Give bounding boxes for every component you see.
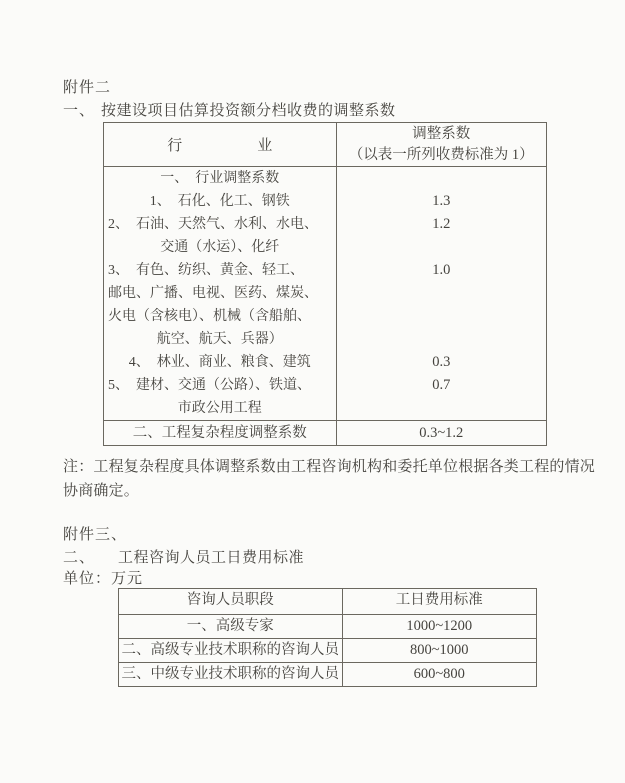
attachment3-heading-number: 二、 [63,546,95,567]
table2-row-1: 一、高级专家 1000~1200 [119,614,536,638]
coefficient-cell: 1.3 [337,190,547,213]
table2-header-row: 咨询人员职段 工日费用标准 [119,589,536,614]
table-row-section: 一、 行业调整系数 [104,167,546,190]
table1-header-coefficient-line2: （以表一所列收费标准为 1） [337,145,547,166]
unit-label: 单位：万元 [63,567,143,588]
industry-cell: 5、 建材、交通（公路）、铁道、 市政公用工程 [104,374,337,420]
industry-line: 2、 石油、天然气、水利、水电、 [104,213,336,236]
industry-line: 航空、航天、兵器） [104,328,336,351]
industry-line: 邮电、广播、电视、医药、煤炭、 [104,282,336,305]
table-row-complexity: 二、工程复杂程度调整系数 0.3~1.2 [104,420,546,445]
coefficient-value: 1.3 [337,190,547,213]
table-row-2: 2、 石油、天然气、水利、水电、 交通（水运）、化纤 1.2 [104,213,546,259]
industry-line: 5、 建材、交通（公路）、铁道、 [104,374,336,397]
document-page: 附件二 一、 按建设项目估算投资额分档收费的调整系数 行 业 调整系数 （以表一… [0,0,625,783]
table-row-4: 4、 林业、商业、粮食、建筑 0.3 [104,351,546,374]
rank-cell: 三、中级专业技术职称的咨询人员 [119,663,343,686]
note-line1: 注：工程复杂程度具体调整系数由工程咨询机构和委托单位根据各类工程的情况 [63,456,595,480]
coefficient-cell: 0.3 [337,351,547,374]
attachment3-heading: 二、 工程咨询人员工日费用标准 [63,546,304,567]
complexity-value: 0.3~1.2 [337,421,547,445]
industry-line: 一、 行业调整系数 [104,167,336,190]
coefficient-value: 0.3 [337,351,547,374]
industry-cell: 一、 行业调整系数 [104,167,337,190]
industry-cell: 1、 石化、化工、钢铁 [104,190,337,213]
fee-cell: 1000~1200 [343,615,537,638]
table-row-5: 5、 建材、交通（公路）、铁道、 市政公用工程 0.7 [104,374,546,420]
table1-header-row: 行 业 调整系数 （以表一所列收费标准为 1） [104,123,546,167]
industry-line: 火电（含核电）、机械（含船舶、 [104,305,336,328]
industry-cell: 3、 有色、纺织、黄金、轻工、 邮电、广播、电视、医药、煤炭、 火电（含核电）、… [104,259,337,351]
industry-cell: 2、 石油、天然气、水利、水电、 交通（水运）、化纤 [104,213,337,259]
coefficient-cell [337,167,547,190]
table-row-1: 1、 石化、化工、钢铁 1.3 [104,190,546,213]
table2-header-fee: 工日费用标准 [343,589,537,614]
attachment2-heading-text: 按建设项目估算投资额分档收费的调整系数 [101,99,396,120]
industry-line: 交通（水运）、化纤 [104,236,336,259]
fee-cell: 800~1000 [343,639,537,662]
complexity-label: 二、工程复杂程度调整系数 [104,421,337,445]
note-line2: 协商确定。 [63,480,595,504]
coefficient-value: 1.2 [337,213,547,236]
attachment2-heading: 一、 按建设项目估算投资额分档收费的调整系数 [63,99,396,120]
coefficient-cell: 1.0 [337,259,547,351]
industry-line: 4、 林业、商业、粮食、建筑 [104,351,336,374]
table-row-3: 3、 有色、纺织、黄金、轻工、 邮电、广播、电视、医药、煤炭、 火电（含核电）、… [104,259,546,351]
table1-header-industry: 行 业 [104,123,337,166]
coefficient-value: 1.0 [337,259,547,282]
table1-header-coefficient: 调整系数 （以表一所列收费标准为 1） [337,123,547,166]
industry-line: 1、 石化、化工、钢铁 [104,190,336,213]
attachment2-label: 附件二 [63,76,111,97]
coefficient-cell: 0.7 [337,374,547,420]
table2-row-2: 二、高级专业技术职称的咨询人员 800~1000 [119,638,536,662]
daily-fee-table: 咨询人员职段 工日费用标准 一、高级专家 1000~1200 二、高级专业技术职… [118,588,537,687]
attachment2-heading-number: 一、 [63,99,95,120]
fee-cell: 600~800 [343,663,537,686]
table1-note: 注：工程复杂程度具体调整系数由工程咨询机构和委托单位根据各类工程的情况 协商确定… [63,456,595,503]
rank-cell: 一、高级专家 [119,615,343,638]
table2-row-3: 三、中级专业技术职称的咨询人员 600~800 [119,662,536,686]
attachment3-heading-text: 工程咨询人员工日费用标准 [118,546,304,567]
industry-line: 市政公用工程 [104,397,336,420]
table1-header-coefficient-line1: 调整系数 [337,124,547,145]
industry-cell: 4、 林业、商业、粮食、建筑 [104,351,337,374]
rank-cell: 二、高级专业技术职称的咨询人员 [119,639,343,662]
industry-line: 3、 有色、纺织、黄金、轻工、 [104,259,336,282]
coefficient-cell: 1.2 [337,213,547,259]
table2-header-rank: 咨询人员职段 [119,589,343,614]
attachment3-label: 附件三、 [63,523,127,544]
industry-coefficient-table: 行 业 调整系数 （以表一所列收费标准为 1） 一、 行业调整系数 1、 石化、… [103,122,547,446]
coefficient-value: 0.7 [337,374,547,397]
